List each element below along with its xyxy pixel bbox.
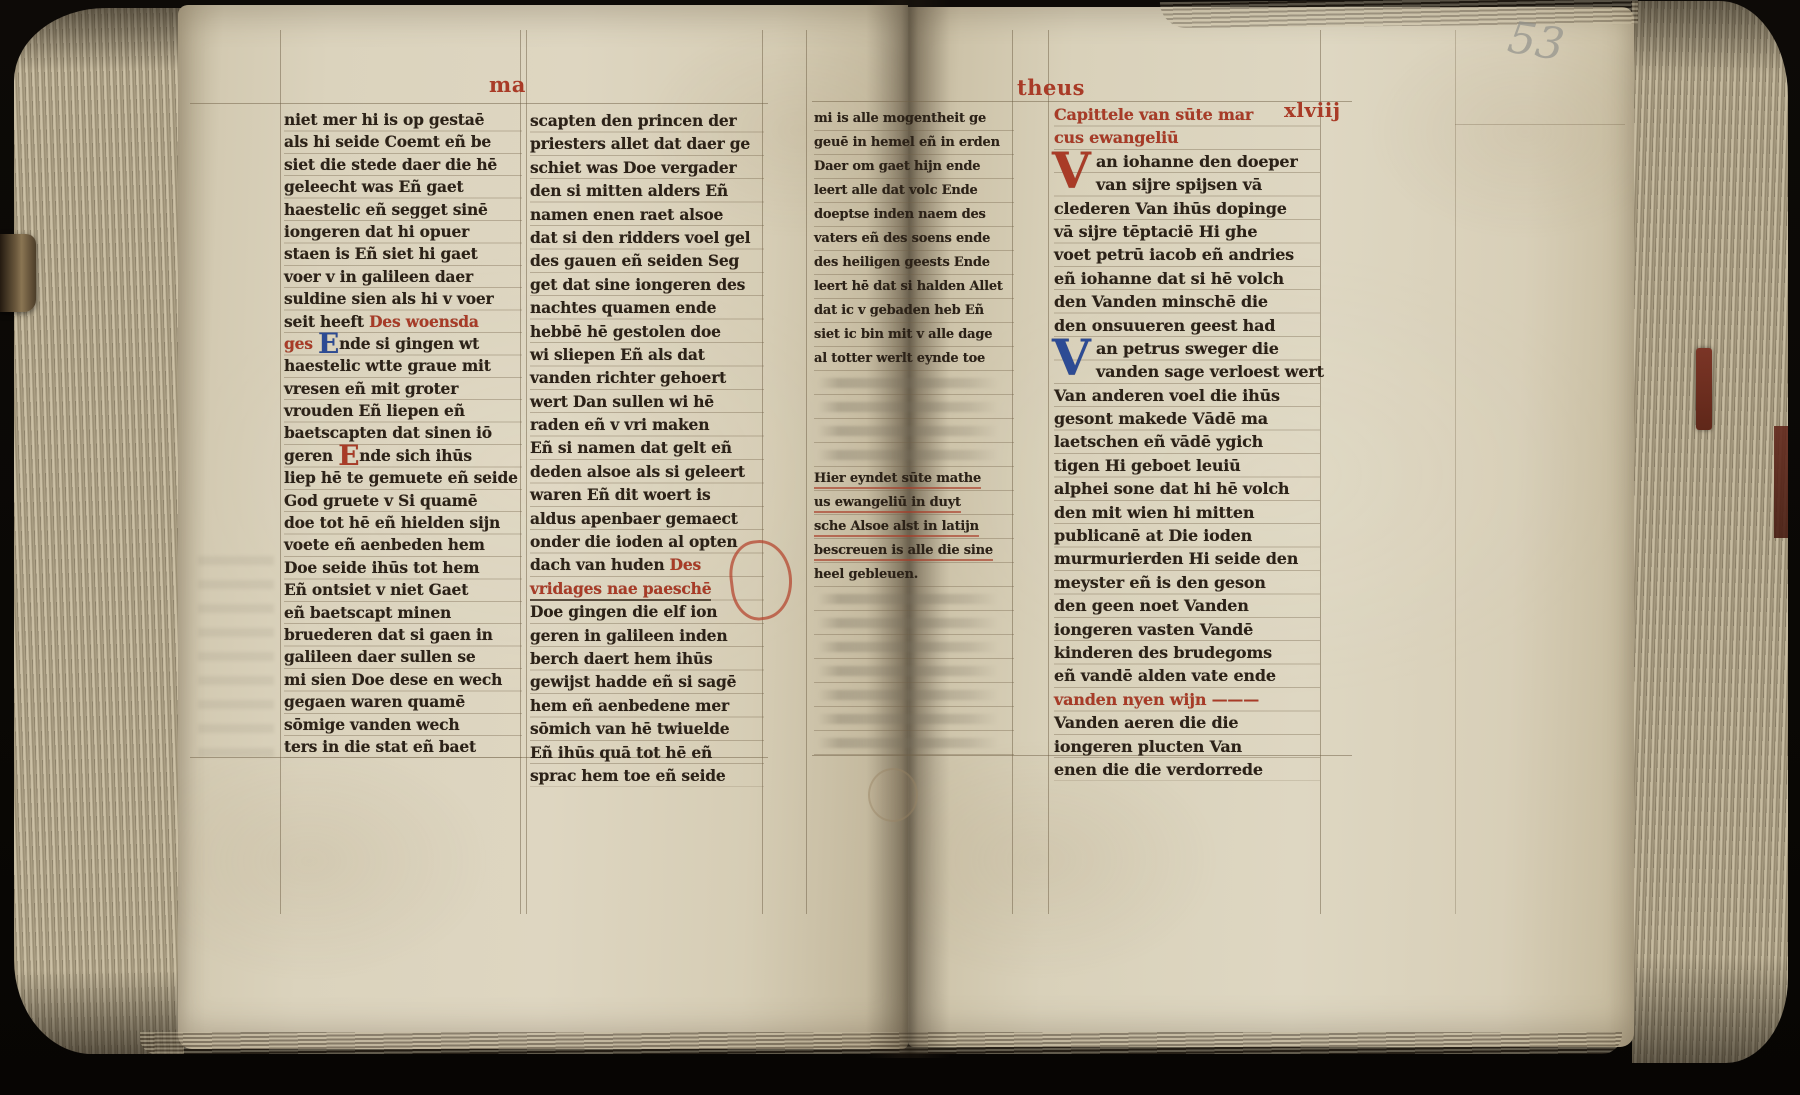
running-title-left: ma — [489, 72, 526, 97]
text-line: vā sijre tēptaciē Hi ghe — [1054, 220, 1320, 243]
text-run: heel gebleuen. — [814, 567, 918, 582]
text-run: wi sliepen Eñ als dat — [530, 345, 705, 364]
text-run: voer v in galileen daer — [284, 267, 473, 286]
text-run: enen die die verdorrede — [1054, 760, 1263, 779]
text-line: geren in galileen inden — [530, 624, 764, 647]
text-run: dat ic v gebaden heb Eñ — [814, 303, 984, 318]
text-run: hebbē hē gestolen doe — [530, 322, 721, 341]
showthrough-left-margin — [198, 556, 274, 764]
text-run: namen enen raet alsoe — [530, 205, 723, 224]
left-column-1: niet mer hi is op gestaēals hi seide Coe… — [284, 109, 522, 758]
text-line: sche Alsoe alst in latijn — [814, 515, 1014, 539]
text-run: voete eñ aenbeden hem — [284, 535, 485, 554]
ruling-line — [1320, 30, 1321, 914]
text-line: schiet was Doe vergader — [530, 156, 764, 179]
text-run: vanden richter gehoert — [530, 368, 726, 387]
text-line: sōmich van hē twiuelde — [530, 717, 764, 740]
text-line: vrouden Eñ liepen eñ — [284, 400, 522, 422]
text-line: eñ baetscapt minen — [284, 602, 522, 624]
text-line: us ewangeliū in duyt — [814, 491, 1014, 515]
ghost-text-line — [814, 587, 1014, 611]
text-line: van sijre spijsen vā — [1054, 173, 1320, 196]
text-line: galileen daer sullen se — [284, 646, 522, 668]
text-run: gesont makede Vādē ma — [1054, 409, 1268, 428]
text-run: haestelic wtte graue mit — [284, 356, 491, 375]
text-run: laetschen eñ vādē ygich — [1054, 432, 1263, 451]
text-run: tigen Hi geboet leuiū — [1054, 456, 1241, 475]
text-line: dat ic v gebaden heb Eñ — [814, 299, 1014, 323]
text-run: berch daert hem ihūs — [530, 649, 713, 668]
text-line: voet petrū iacob eñ andries — [1054, 243, 1320, 266]
text-run: bruederen dat si gaen in — [284, 625, 493, 644]
text-run: geren — [284, 446, 338, 465]
text-line: tigen Hi geboet leuiū — [1054, 454, 1320, 477]
text-line: al totter werlt eynde toe — [814, 347, 1014, 371]
text-line: iongeren plucten Van — [1054, 735, 1320, 758]
text-run: vridages nae paeschē — [530, 579, 711, 601]
text-line: kinderen des brudegoms — [1054, 641, 1320, 664]
ruling-line — [526, 30, 527, 914]
pencil-folio-number: 53 — [1504, 12, 1567, 71]
text-line: sprac hem toe eñ seide — [530, 764, 764, 787]
ruling-line — [1455, 124, 1625, 125]
text-run: schiet was Doe vergader — [530, 158, 736, 177]
text-run: den Vanden minschē die — [1054, 292, 1268, 311]
text-run: wert Dan sullen wi hē — [530, 392, 714, 411]
text-line: siet die stede daer die hē — [284, 154, 522, 176]
text-line: publicanē at Die ioden — [1054, 524, 1320, 547]
text-run: vrouden Eñ liepen eñ — [284, 401, 465, 420]
text-line: staen is Eñ siet hi gaet — [284, 243, 522, 265]
text-run: eñ iohanne dat si hē volch — [1054, 269, 1284, 288]
ghost-text-line — [814, 635, 1014, 659]
text-line: bescreuen is alle die sine — [814, 539, 1014, 563]
text-line: mi is alle mogentheit ge — [814, 107, 1014, 131]
text-line: onder die ioden al opten — [530, 530, 764, 553]
ruling-line — [812, 101, 1352, 102]
text-run: geren in galileen inden — [530, 626, 727, 645]
text-run: iongeren vasten Vandē — [1054, 620, 1253, 639]
text-run: nachtes quamen ende — [530, 298, 716, 317]
running-title-right: theus — [1017, 75, 1085, 100]
ghost-text-line — [814, 707, 1014, 731]
text-run: dat si den ridders voel gel — [530, 228, 750, 247]
text-run: Doe seide ihūs tot hem — [284, 558, 479, 577]
text-line: mi sien Doe dese en wech — [284, 669, 522, 691]
ghost-text-line — [814, 395, 1014, 419]
text-line: wert Dan sullen wi hē — [530, 390, 764, 413]
ruling-line — [280, 30, 281, 914]
text-run: doe tot hē eñ hielden sijn — [284, 513, 500, 532]
text-line: den Vanden minschē die — [1054, 290, 1320, 313]
parchment-stain — [868, 768, 918, 822]
text-run: nde si gingen wt — [339, 334, 479, 353]
page-edge-stack-right — [1632, 1, 1788, 1063]
text-line: priesters allet dat daer ge — [530, 132, 764, 155]
text-line: deden alsoe als si geleert — [530, 460, 764, 483]
text-run: mi sien Doe dese en wech — [284, 670, 502, 689]
text-run: Eñ si namen dat gelt eñ — [530, 438, 732, 457]
text-line: meyster eñ is den geson — [1054, 571, 1320, 594]
text-run: scapten den princen der — [530, 111, 737, 130]
text-line: niet mer hi is op gestaē — [284, 109, 522, 131]
text-line: vanden nyen wijn ——— — [1054, 688, 1320, 711]
text-line: haestelic eñ segget sinē — [284, 199, 522, 221]
text-line: Doe seide ihūs tot hem — [284, 557, 522, 579]
text-run: siet die stede daer die hē — [284, 155, 497, 174]
text-run: an iohanne den doeper — [1096, 152, 1298, 171]
text-line: clederen Van ihūs dopinge — [1054, 197, 1320, 220]
text-run: nde sich ihūs — [359, 446, 472, 465]
text-line: geuē in hemel eñ in erden — [814, 131, 1014, 155]
right-column-1: mi is alle mogentheit gegeuē in hemel eñ… — [814, 107, 1014, 755]
text-run: van sijre spijsen vā — [1096, 175, 1262, 194]
text-run: waren Eñ dit woert is — [530, 485, 711, 504]
text-run: leert alle dat volc Ende — [814, 183, 978, 198]
text-line: voete eñ aenbeden hem — [284, 534, 522, 556]
text-line: wi sliepen Eñ als dat — [530, 343, 764, 366]
text-run: eñ vandē alden vate ende — [1054, 666, 1276, 685]
text-run: den geen noet Vanden — [1054, 596, 1249, 615]
text-run: murmurierden Hi seide den — [1054, 549, 1298, 568]
text-run: aldus apenbaer gemaect — [530, 509, 738, 528]
text-run: Eñ ontsiet v niet Gaet — [284, 580, 468, 599]
text-line: bruederen dat si gaen in — [284, 624, 522, 646]
text-line: waren Eñ dit woert is — [530, 483, 764, 506]
text-line: God gruete v Si quamē — [284, 490, 522, 512]
text-run: get dat sine iongeren des — [530, 275, 745, 294]
text-run: bescreuen is alle die sine — [814, 543, 993, 561]
text-run: ges — [284, 334, 318, 353]
text-run: Des — [670, 555, 701, 574]
text-run: al totter werlt eynde toe — [814, 351, 985, 366]
text-run: mi is alle mogentheit ge — [814, 111, 986, 126]
ghost-text-line — [814, 371, 1014, 395]
text-run: iongeren dat hi opuer — [284, 222, 469, 241]
text-run: alphei sone dat hi hē volch — [1054, 479, 1289, 498]
text-run: raden eñ v vri maken — [530, 415, 709, 434]
text-run: meyster eñ is den geson — [1054, 573, 1266, 592]
text-line: cus ewangeliū — [1054, 126, 1320, 149]
text-run: den si mitten alders Eñ — [530, 181, 728, 200]
text-line: sōmige vanden wech — [284, 714, 522, 736]
text-line: Van anderen voel die ihūs — [1054, 384, 1320, 407]
text-run: gewijst hadde eñ si sagē — [530, 672, 736, 691]
text-line: den geen noet Vanden — [1054, 594, 1320, 617]
text-line: gesont makede Vādē ma — [1054, 407, 1320, 430]
text-run: dach van huden — [530, 555, 670, 574]
text-line: hem eñ aenbedene mer — [530, 694, 764, 717]
text-run: Vanden aeren die die — [1054, 713, 1238, 732]
text-line: doe tot hē eñ hielden sijn — [284, 512, 522, 534]
text-run: deden alsoe als si geleert — [530, 462, 745, 481]
text-line: suldine sien als hi v voer — [284, 288, 522, 310]
text-line: Vanden aeren die die — [1054, 711, 1320, 734]
text-run: leert hē dat si halden Allet — [814, 279, 1003, 294]
text-line: vanden richter gehoert — [530, 366, 764, 389]
text-line: vaters eñ des soens ende — [814, 227, 1014, 251]
text-line: doeptse inden naem des — [814, 203, 1014, 227]
text-run: vaters eñ des soens ende — [814, 231, 990, 246]
text-run: Van anderen voel die ihūs — [1054, 386, 1280, 405]
text-run: liep hē te gemuete eñ seide — [284, 468, 518, 487]
text-run: us ewangeliū in duyt — [814, 495, 961, 513]
manuscript-photo: ma theus xlviij 53 niet mer hi is op ges… — [0, 0, 1800, 1095]
text-run: geleecht was Eñ gaet — [284, 177, 463, 196]
text-run: kinderen des brudegoms — [1054, 643, 1272, 662]
right-column-2: Capittele van sūte marcus ewangeliūVan i… — [1054, 103, 1320, 781]
ghost-text-line — [814, 611, 1014, 635]
text-line: heel gebleuen. — [814, 563, 1014, 587]
left-column-2: scapten den princen derpriesters allet d… — [530, 109, 764, 787]
text-run: gegaen waren quamē — [284, 692, 465, 711]
text-run: als hi seide Coemt eñ be — [284, 132, 491, 151]
ghost-text-line — [814, 659, 1014, 683]
text-run: doeptse inden naem des — [814, 207, 986, 222]
text-line: Doe gingen die elf ion — [530, 600, 764, 623]
ruling-line — [1048, 30, 1049, 914]
text-line: baetscapten dat sinen iō — [284, 422, 522, 444]
text-line: den mit wien hi mitten — [1054, 501, 1320, 524]
text-line: den onsuueren geest had — [1054, 314, 1320, 337]
text-line: laetschen eñ vādē ygich — [1054, 430, 1320, 453]
text-line: raden eñ v vri maken — [530, 413, 764, 436]
text-run: baetscapten dat sinen iō — [284, 423, 492, 442]
text-line: haestelic wtte graue mit — [284, 355, 522, 377]
text-run: onder die ioden al opten — [530, 532, 737, 551]
text-run: hem eñ aenbedene mer — [530, 696, 729, 715]
text-run: galileen daer sullen se — [284, 647, 476, 666]
text-line: enen die die verdorrede — [1054, 758, 1320, 781]
text-run: publicanē at Die ioden — [1054, 526, 1252, 545]
text-run: vanden sage verloest wert — [1096, 362, 1324, 381]
text-line: des gauen eñ seiden Seg — [530, 249, 764, 272]
text-line: eñ vandē alden vate ende — [1054, 664, 1320, 687]
text-line: Daer om gaet hijn ende — [814, 155, 1014, 179]
text-line: murmurierden Hi seide den — [1054, 547, 1320, 570]
text-run: clederen Van ihūs dopinge — [1054, 199, 1287, 218]
text-line: Van iohanne den doeper — [1054, 150, 1320, 173]
text-run: sche Alsoe alst in latijn — [814, 519, 979, 537]
ghost-text-line — [814, 731, 1014, 755]
text-run: priesters allet dat daer ge — [530, 134, 750, 153]
text-line: get dat sine iongeren des — [530, 273, 764, 296]
text-line: Eñ ontsiet v niet Gaet — [284, 579, 522, 601]
text-line: namen enen raet alsoe — [530, 203, 764, 226]
text-line: iongeren vasten Vandē — [1054, 618, 1320, 641]
text-run: an petrus sweger die — [1096, 339, 1279, 358]
text-run: den mit wien hi mitten — [1054, 503, 1254, 522]
text-run: haestelic eñ segget sinē — [284, 200, 488, 219]
text-line: scapten den princen der — [530, 109, 764, 132]
text-run: vresen eñ mit groter — [284, 379, 458, 398]
text-line: gewijst hadde eñ si sagē — [530, 670, 764, 693]
text-run: iongeren plucten Van — [1054, 737, 1242, 756]
bookmark-tab — [1696, 348, 1712, 430]
text-line: geleecht was Eñ gaet — [284, 176, 522, 198]
text-run: sōmige vanden wech — [284, 715, 459, 734]
text-line: leert hē dat si halden Allet — [814, 275, 1014, 299]
text-run: geuē in hemel eñ in erden — [814, 135, 1000, 150]
text-line: des heiligen geests Ende — [814, 251, 1014, 275]
ruling-line — [806, 30, 807, 914]
text-run: siet ic bin mit v alle dage — [814, 327, 992, 342]
text-run: vanden nyen wijn ——— — [1054, 690, 1259, 709]
text-line: leert alle dat volc Ende — [814, 179, 1014, 203]
text-line: nachtes quamen ende — [530, 296, 764, 319]
text-run: des heiligen geests Ende — [814, 255, 990, 270]
text-line: vresen eñ mit groter — [284, 378, 522, 400]
text-line: Van petrus sweger die — [1054, 337, 1320, 360]
text-line: Eñ si namen dat gelt eñ — [530, 436, 764, 459]
page-edge-stack-left — [14, 8, 184, 1054]
text-run: des gauen eñ seiden Seg — [530, 251, 739, 270]
ghost-text-line — [814, 683, 1014, 707]
text-run: Doe gingen die elf ion — [530, 602, 717, 621]
text-run: suldine sien als hi v voer — [284, 289, 493, 308]
text-run: sprac hem toe eñ seide — [530, 766, 726, 785]
text-line: iongeren dat hi opuer — [284, 221, 522, 243]
text-run: sōmich van hē twiuelde — [530, 719, 729, 738]
ghost-text-line — [814, 443, 1014, 467]
text-run: niet mer hi is op gestaē — [284, 110, 484, 129]
text-line: ges Ende si gingen wt — [284, 333, 522, 355]
text-run: God gruete v Si quamē — [284, 491, 477, 510]
text-run: eñ baetscapt minen — [284, 603, 451, 622]
text-line: Eñ ihūs quā tot hē eñ — [530, 741, 764, 764]
text-run: Eñ ihūs quā tot hē eñ — [530, 743, 712, 762]
ghost-text-line — [814, 419, 1014, 443]
text-line: dat si den ridders voel gel — [530, 226, 764, 249]
text-line: alphei sone dat hi hē volch — [1054, 477, 1320, 500]
text-line: vanden sage verloest wert — [1054, 360, 1320, 383]
text-line: Hier eyndet sūte mathe — [814, 467, 1014, 491]
text-run: staen is Eñ siet hi gaet — [284, 244, 478, 263]
text-line: aldus apenbaer gemaect — [530, 507, 764, 530]
text-line: siet ic bin mit v alle dage — [814, 323, 1014, 347]
text-run: voet petrū iacob eñ andries — [1054, 245, 1294, 264]
text-run: Des woensda — [369, 312, 479, 331]
ruling-line — [190, 103, 768, 104]
ruling-line — [1455, 30, 1456, 914]
clasp-remnant — [0, 234, 36, 312]
text-line: voer v in galileen daer — [284, 266, 522, 288]
text-run: Daer om gaet hijn ende — [814, 159, 980, 174]
text-line: eñ iohanne dat si hē volch — [1054, 267, 1320, 290]
text-line: gegaen waren quamē — [284, 691, 522, 713]
text-line: berch daert hem ihūs — [530, 647, 764, 670]
text-line: den si mitten alders Eñ — [530, 179, 764, 202]
text-run: ters in die stat eñ baet — [284, 737, 476, 756]
text-line: geren Ende sich ihūs — [284, 445, 522, 467]
text-line: als hi seide Coemt eñ be — [284, 131, 522, 153]
text-run: Hier eyndet sūte mathe — [814, 471, 981, 489]
text-line: ters in die stat eñ baet — [284, 736, 522, 758]
text-run: vā sijre tēptaciē Hi ghe — [1054, 222, 1257, 241]
text-line: liep hē te gemuete eñ seide — [284, 467, 522, 489]
text-line: Capittele van sūte mar — [1054, 103, 1320, 126]
text-line: hebbē hē gestolen doe — [530, 320, 764, 343]
text-run: Capittele van sūte mar — [1054, 105, 1253, 124]
binding-strip — [1774, 426, 1788, 538]
